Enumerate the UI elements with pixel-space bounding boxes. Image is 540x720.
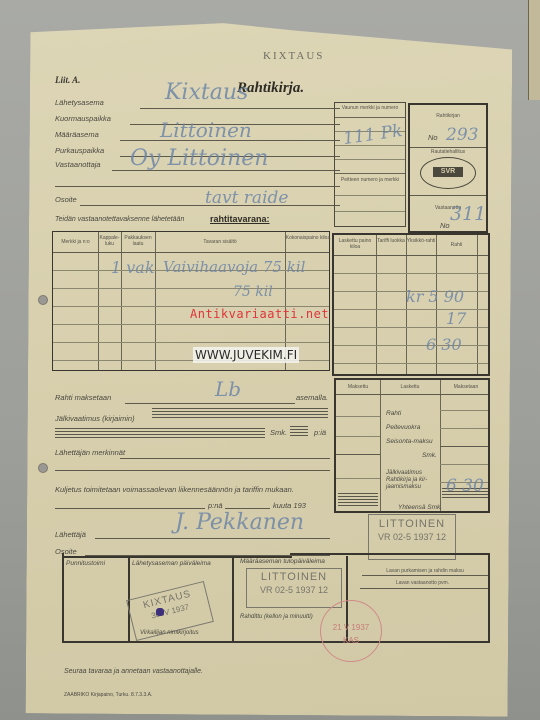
intro-text: Teidän vastaanotettavaksenne lähetetään bbox=[55, 216, 184, 223]
date-month-label: kuuta 193 bbox=[273, 501, 306, 510]
appendix-label: Liit. A. bbox=[55, 75, 80, 85]
handwritten-sending-station: Kixtaus bbox=[165, 80, 248, 105]
handwritten-address: tavt raide bbox=[205, 188, 288, 208]
tarp-box-label: Peitteen numero ja merkki bbox=[335, 177, 405, 183]
field-line bbox=[95, 538, 330, 539]
col-header-weight: Kokonaispaino kiloa bbox=[285, 235, 331, 241]
field-line bbox=[55, 470, 330, 471]
wagon-number-box: Vaunun merkki ja numero 111 Pk Peitteen … bbox=[334, 102, 406, 227]
railway-caption: Rautatiehallitus bbox=[410, 149, 486, 155]
charges-hatch bbox=[338, 492, 378, 506]
date-day-label: p:nä bbox=[208, 501, 223, 510]
freight-paid-label: Rahti maksetaan bbox=[55, 393, 111, 402]
weighing-label: Punnitustoimi bbox=[66, 560, 105, 567]
charges-header-calculated: Laskettu bbox=[380, 384, 440, 390]
col-header-content: Tavaran sisältö bbox=[155, 239, 285, 245]
charge-row-total: Yhteensä Smk. bbox=[398, 504, 442, 511]
charge-row-freight: Rahti bbox=[386, 410, 401, 417]
handwritten-content: Vaivihaavoja 75 kil bbox=[163, 258, 305, 276]
watermark-juvekim: WWW.JUVEKIM.FI bbox=[193, 347, 299, 363]
cod-label: Jälkivaatimus (kirjaimin) bbox=[55, 414, 135, 423]
ink-mark bbox=[156, 608, 164, 616]
field-line bbox=[225, 508, 270, 509]
field-line bbox=[140, 108, 340, 109]
handwritten-sender-signature: J. Pekkanen bbox=[175, 510, 304, 535]
freight-paid-suffix: asemalla. bbox=[296, 393, 328, 402]
handwritten-weight: 75 kil bbox=[233, 284, 273, 300]
printer-imprint: ZAABRIKO Kirjapaino, Turku. 8.7.3.3.A. bbox=[64, 692, 152, 698]
charges-header-to-pay: Maksetaan bbox=[440, 384, 492, 390]
cod-smk-label: Smk. bbox=[270, 428, 287, 437]
punch-hole bbox=[38, 463, 48, 473]
top-station-stamp: KIXTAUS bbox=[263, 50, 324, 62]
field-label-address: Osoite bbox=[55, 195, 77, 204]
watermark-antikvariaatti: Antikvariaatti.net bbox=[190, 307, 329, 321]
col-header-calc-weight: Laskettu paino kiloa bbox=[334, 238, 376, 250]
col-header-unit-rate: Yksikkö-rahti bbox=[406, 238, 436, 244]
punch-hole bbox=[38, 295, 48, 305]
arrival-stamp-label: Määräaseman tulopäiväleima bbox=[240, 558, 325, 565]
sender-notes-label: Lähettäjän merkinnät bbox=[55, 448, 125, 457]
railway-logo-icon: SVR bbox=[420, 157, 476, 189]
cod-p-label: p:iä bbox=[314, 428, 326, 437]
handwritten-freight-paid: Lb bbox=[215, 377, 241, 401]
clerk-signature-label: Virkailijan nimikirjoitus bbox=[140, 630, 199, 636]
receipt-no-label: No bbox=[440, 221, 450, 230]
handwritten-freight-sub: 17 bbox=[446, 309, 466, 328]
handwritten-destination: Littoinen bbox=[160, 118, 252, 142]
col-header-freight: Rahti bbox=[436, 242, 477, 248]
field-label-sending-station: Lähetysasema bbox=[55, 98, 104, 107]
sender-label: Lähettäjä bbox=[55, 530, 86, 539]
bill-number-label: Rahtikirjan bbox=[410, 113, 486, 119]
handwritten-count: 1 vak bbox=[111, 258, 155, 277]
field-label-unloading-place: Purkauspaikka bbox=[55, 146, 104, 155]
charge-row-smk: Smk. bbox=[422, 452, 437, 459]
cod-hatch-area bbox=[152, 406, 328, 418]
freighted-label: Rahdittu (kellon ja minuutti) bbox=[240, 614, 313, 620]
handwritten-recipient: Oy Littoinen bbox=[130, 146, 268, 171]
charge-row-demurrage: Seisonta-maksu bbox=[386, 438, 433, 445]
field-line bbox=[120, 458, 330, 459]
col-header-packing: Pakkauksen laatu bbox=[121, 235, 155, 247]
bill-no-label: No bbox=[428, 133, 438, 142]
footer-note: Seuraa tavaraa ja annetaan vastaanottaja… bbox=[64, 668, 203, 675]
freight-calculation-table: Laskettu paino kiloa Tariffi luokka Yksi… bbox=[332, 233, 490, 376]
destination-arrival-stamp: LITTOINEN VR 02-5 1937 12 bbox=[246, 568, 342, 608]
field-line bbox=[55, 508, 205, 509]
handwritten-receipt-number: 311 bbox=[450, 203, 486, 225]
transport-terms: Kuljetus toimitetaan voimassaolevan liik… bbox=[55, 485, 294, 494]
handwritten-freight-rate: kr 5 90 bbox=[406, 287, 464, 306]
charge-row-tarp: Peitevuokra bbox=[386, 424, 420, 431]
field-line bbox=[55, 186, 340, 187]
handwritten-bill-number: 293 bbox=[446, 125, 478, 145]
cod-amount-hatch bbox=[290, 424, 308, 436]
handwritten-total: 6 30 bbox=[446, 476, 484, 496]
charges-table: Maksettu Laskettu Maksetaan Rahti Peitev… bbox=[334, 378, 490, 513]
red-postal-stamp: 21 V 1937 KAS bbox=[320, 600, 382, 662]
intro-emphasis: rahtitavarana: bbox=[210, 214, 270, 224]
wagon-box-label: Vaunun merkki ja numero bbox=[335, 105, 405, 111]
handwritten-freight-total: 6 30 bbox=[426, 335, 462, 354]
charges-header-paid: Maksettu bbox=[336, 384, 380, 390]
field-line bbox=[125, 403, 295, 404]
col-header-count: Kappale-luku bbox=[98, 235, 121, 247]
charge-row-cod: Jälkivaatimus Rahtikirja ja kir-jaamisma… bbox=[386, 470, 438, 491]
field-label-recipient: Vastaanottaja bbox=[55, 160, 101, 169]
adjacent-document-edge bbox=[528, 0, 540, 100]
sending-stamp-label: Lähetysaseman päiväleima bbox=[132, 560, 211, 567]
field-label-loading-place: Kuormauspaikka bbox=[55, 114, 111, 123]
col-header-tariff: Tariffi luokka bbox=[376, 238, 406, 244]
bill-number-box: Rahtikirjan No 293 Rautatiehallitus SVR … bbox=[408, 103, 488, 233]
col-header-marks: Merkki ja n:o bbox=[53, 239, 98, 245]
field-label-destination: Määräasema bbox=[55, 130, 99, 139]
cod-hatch-area bbox=[55, 426, 265, 438]
